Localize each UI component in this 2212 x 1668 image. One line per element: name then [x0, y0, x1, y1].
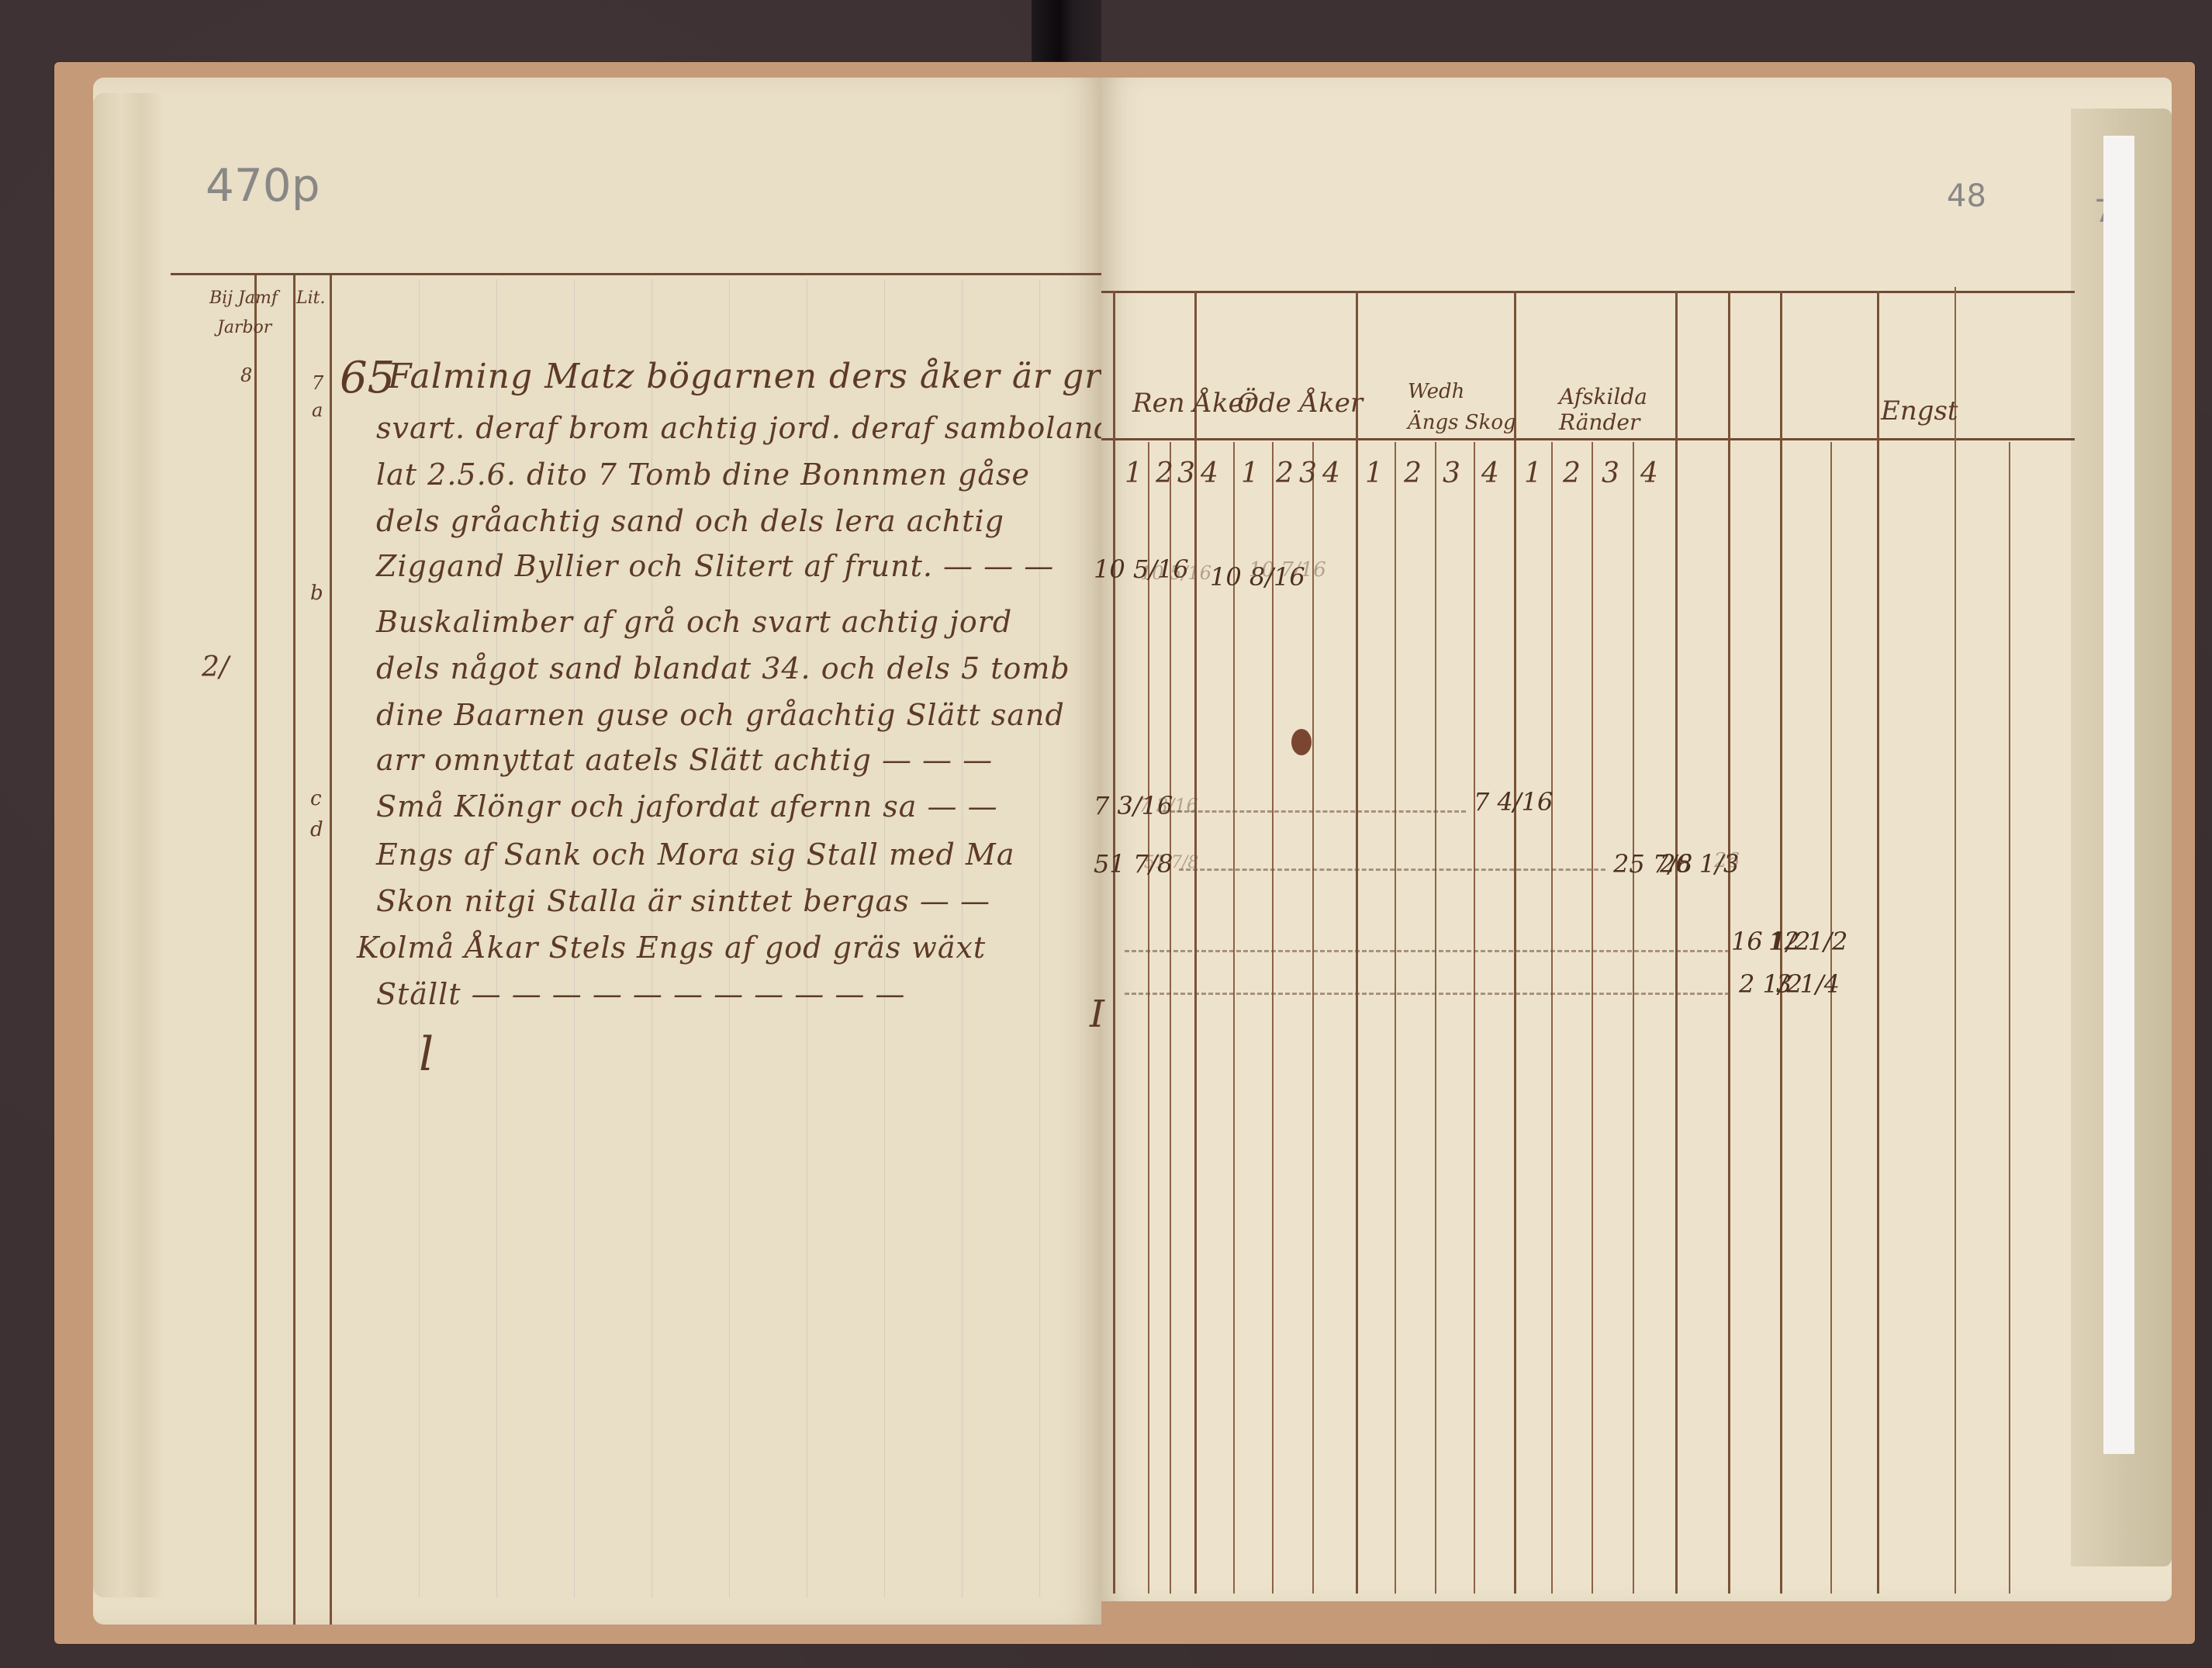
subcol-3: 3: [1602, 458, 1619, 489]
subcol-1: 1: [1365, 458, 1383, 489]
row-b-val-2: 7 3/16: [1139, 795, 1198, 817]
margin-header-2: Lit.: [296, 288, 325, 308]
margin-entry-d: d: [310, 818, 323, 841]
subcol-2: 2: [1276, 458, 1294, 489]
left-page: 470p Bij Jamf Lit. Jarbor 8 7 a b c d 2/…: [93, 78, 1101, 1625]
subcol-1: 1: [1125, 458, 1142, 489]
subcol-1: 1: [1241, 458, 1259, 489]
subcol-3: 3: [1443, 458, 1460, 489]
header-rule-top: [1101, 291, 2075, 293]
entry-line-3: lat 2.5.6. dito 7 Tomb dine Bonnmen gåse: [376, 458, 1030, 492]
entry-line-12: Skon nitgi Stalla är sinttet bergas — —: [376, 884, 990, 918]
header-rule: [171, 273, 1101, 275]
entry-line-9: arr omnyttat aatels Slätt achtig — — —: [376, 743, 993, 777]
row-a-val-2: 10 5/16: [1140, 562, 1211, 584]
subcol-2: 2: [1563, 458, 1581, 489]
entry-line-6: Buskalimber af grå och svart achtig jord: [376, 605, 1012, 639]
entry-line-7: dels något sand blandat 34. och dels 5 t…: [376, 651, 1070, 686]
margin-header-1: Bij Jamf: [209, 288, 278, 308]
folio-number: 48: [1947, 178, 1986, 214]
margin-entry-c: c: [310, 787, 322, 810]
margin-col-line-2: [293, 275, 296, 1625]
subcol-3: 3: [1177, 458, 1195, 489]
margin-entry-b: b: [310, 582, 323, 605]
row-a-val-5: 10 7/16: [1249, 558, 1326, 582]
entry-line-11: Engs af Sank och Mora sig Stall med Ma: [376, 837, 1014, 872]
left-page-edge-stack: [93, 93, 163, 1597]
margin-entry-a: a: [312, 399, 323, 421]
entry-line-1: Falming Matz bögarnen ders åker är grå: [388, 357, 1123, 396]
margin-mark: 2/: [202, 651, 229, 683]
subcol-4: 4: [1481, 458, 1499, 489]
row-c-val-5: 26: [1714, 849, 1740, 872]
row-b-val-3: 7 4/16: [1474, 787, 1553, 817]
right-page: 48 74 Ren Åker Öde Åker Wedh Ängs Skog A…: [1101, 78, 2172, 1601]
ink-blot: [1291, 729, 1312, 755]
margin-entry-8: 8: [240, 364, 252, 386]
entry-line-10: Små Klöngr och jafordat afernn sa — —: [376, 789, 998, 824]
row-d1-val-2: 12 1/2: [1768, 927, 1847, 956]
entry-line-2: svart. deraf brom achtig jord. deraf sam…: [376, 411, 1114, 445]
margin-col-line-1: [254, 275, 257, 1625]
subcol-4: 4: [1640, 458, 1658, 489]
subcol-2: 2: [1404, 458, 1422, 489]
entry-line-13: Kolmå Åkar Stels Engs af god gräs wäxt: [357, 931, 986, 965]
entry-number: 65: [340, 353, 395, 403]
entry-line-14: Ställt — — — — — — — — — — —: [376, 977, 905, 1011]
subcol-1: 1: [1524, 458, 1542, 489]
subcol-3: 3: [1299, 458, 1317, 489]
row-d2-val-2: 3 1/4: [1776, 969, 1840, 999]
white-page-tab: [2103, 136, 2134, 1454]
entry-line-5: Ziggand Byllier och Slitert af frunt. — …: [376, 549, 1054, 583]
subcol-4: 4: [1201, 458, 1218, 489]
entry-line-4: dels gråachtig sand och dels lera achtig: [376, 504, 1004, 538]
margin-header-3: Jarbor: [217, 318, 271, 337]
subcol-2: 2: [1156, 458, 1173, 489]
archive-number: 470p: [206, 159, 320, 212]
entry-line-8: dine Baarnen guse och gråachtig Slätt sa…: [376, 698, 1065, 732]
col-group-afskilda: Afskilda Ränder: [1559, 384, 1668, 435]
col-group-ang-label-bottom: Ängs Skog: [1408, 411, 1516, 434]
col-group-engst: Engst: [1881, 395, 1958, 426]
header-rule-bottom: [1101, 438, 2075, 440]
margin-col-line-3: [330, 275, 332, 1625]
margin-entry-7: 7: [312, 372, 323, 394]
end-flourish: l: [419, 1027, 434, 1082]
book-spine: [1032, 0, 1101, 70]
subcol-4: 4: [1322, 458, 1340, 489]
col-group-ode-aker: Öde Åker: [1237, 388, 1363, 419]
right-margin-mark: I: [1090, 993, 1104, 1036]
col-group-ang-label-top: Wedh: [1408, 380, 1464, 403]
